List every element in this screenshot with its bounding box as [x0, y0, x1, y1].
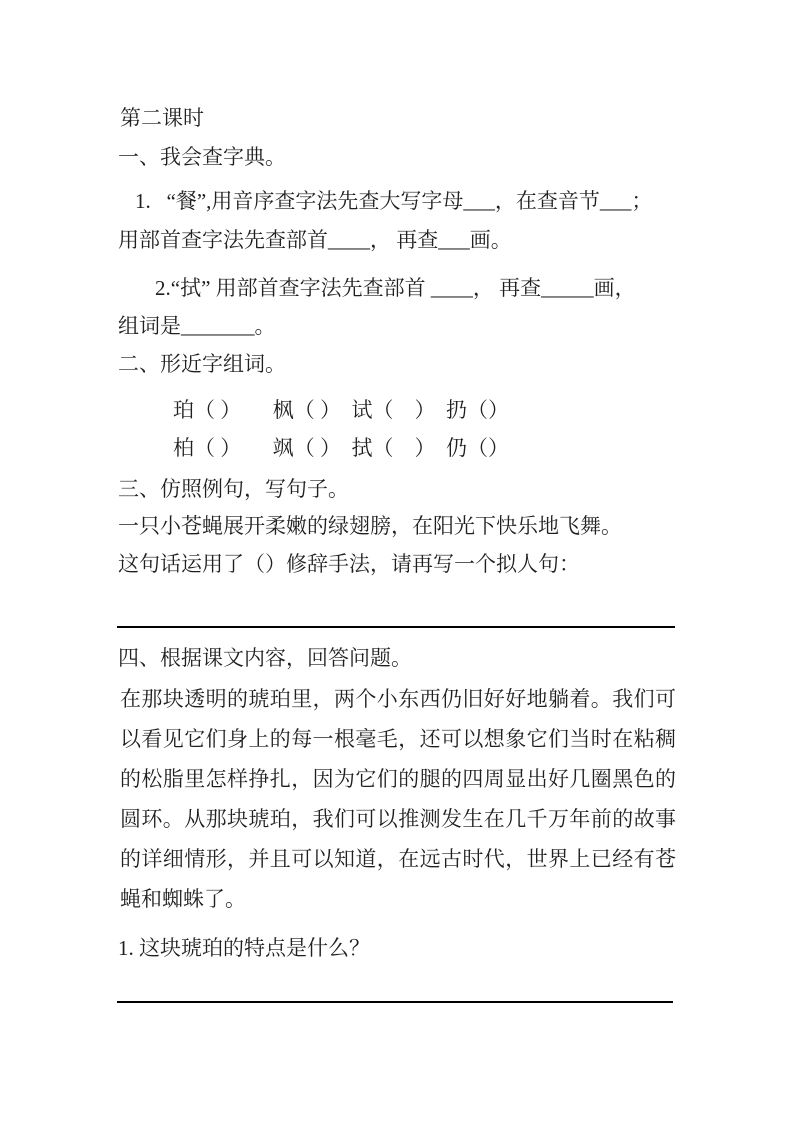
section3-heading: 三、仿照例句，写句子。: [118, 477, 349, 501]
answer-rule-2: [117, 1001, 673, 1003]
section1-item1-line1: 1. “餐”,用音序查字法先查大写字母___，在查音节___；: [135, 189, 652, 213]
passage-line: 的松脂里怎样挣扎，因为它们的腿的四周显出好几圈黑色的: [120, 767, 676, 791]
section2-heading: 二、形近字组词。: [118, 352, 286, 376]
section1-heading: 一、我会查字典。: [118, 145, 286, 169]
section1-item2-line1: 2.“拭” 用部首查字法先查部首 ____， 再查_____画，: [155, 276, 636, 300]
section1-item2-line2: 组词是_______。: [118, 314, 276, 338]
passage-line: 的详细情形，并且可以知道，在远古时代，世界上已经有苍: [120, 847, 676, 871]
section3-prompt: 这句话运用了（）修辞手法，请再写一个拟人句：: [118, 552, 580, 576]
passage-line: 圆环。从那块琥珀，我们可以推测发生在几千万年前的故事: [120, 807, 676, 831]
section4-question-1: 1. 这块琥珀的特点是什么？: [118, 936, 370, 960]
passage-line: 蝇和蜘蛛了。: [120, 887, 676, 911]
section1-item1-line2: 用部首查字法先查部首____， 再查___画。: [118, 228, 512, 252]
passage-line: 在那块透明的琥珀里，两个小东西仍旧好好地躺着。我们可: [120, 687, 676, 711]
section2-word-row-2: 柏（ ） 飒（ ） 拭（ ） 仍（）: [173, 436, 509, 460]
worksheet-page: 第二课时 一、我会查字典。 1. “餐”,用音序查字法先查大写字母___，在查音…: [0, 0, 793, 1122]
section3-example-sentence: 一只小苍蝇展开柔嫩的绿翅膀，在阳光下快乐地飞舞。: [118, 514, 622, 538]
section4-heading: 四、根据课文内容，回答问题。: [118, 646, 412, 670]
answer-rule-1: [117, 626, 675, 628]
section2-word-row-1: 珀（ ） 枫（ ） 试（ ） 扔（）: [173, 398, 509, 422]
lesson-title: 第二课时: [120, 106, 204, 130]
passage-line: 以看见它们身上的每一根毫毛，还可以想象它们当时在粘稠: [120, 727, 676, 751]
